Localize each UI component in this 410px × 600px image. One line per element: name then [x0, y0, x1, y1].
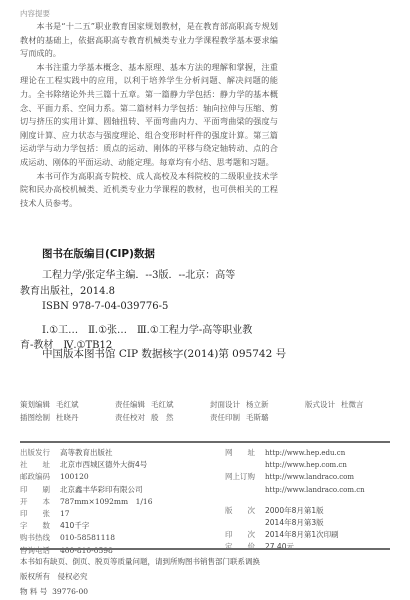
- cip-verification-number: 中国版本图书馆 CIP 数据核字(2014)第 095742 号: [42, 346, 286, 361]
- info-row: 邮政编码100120: [20, 471, 200, 483]
- info-row: 字 数410千字: [20, 520, 200, 532]
- edition: 2000年8月第1版: [265, 505, 324, 517]
- credit-item: 责任印制毛斯璐: [210, 411, 305, 424]
- credit-item: 版式设计杜微言: [305, 398, 400, 411]
- credit-item: 责任校对殷 然: [115, 411, 210, 424]
- order-link: http://www.landraco.com: [265, 471, 354, 483]
- publisher-info: 出版发行高等教育出版社 社 址北京市西城区德外大街4号 邮政编码100120 印…: [20, 447, 200, 557]
- info-row: 开 本787mm×1092mm 1/16: [20, 496, 200, 508]
- website-link: http://www.hep.edu.cn: [265, 447, 345, 459]
- summary-label: 内容提要: [20, 8, 50, 19]
- info-row: 印 张17: [20, 508, 200, 520]
- cip-classification: Ⅰ.①工… Ⅱ.①张… Ⅲ.①工程力学-高等职业教: [20, 323, 282, 339]
- cip-isbn: ISBN 978-7-04-039776-5: [20, 299, 282, 315]
- divider: [20, 441, 390, 443]
- credit-item: 责任编辑毛红斌: [115, 398, 210, 411]
- cip-line-publisher: 教育出版社，2014.8: [20, 284, 282, 300]
- credit-item: 插图绘制杜晓丹: [20, 411, 115, 424]
- cip-title: 图书在版编目(CIP)数据: [42, 246, 155, 261]
- summary-paragraph: 本书可作为高职高专院校、成人高校及本科院校的二级职业技术学院和民办高校机械类、近…: [20, 170, 278, 211]
- item-number: 物 料 号 39776-00: [20, 584, 260, 599]
- info-row: 购书热线010-58581118: [20, 532, 200, 544]
- edition: 2014年8月第3版: [265, 517, 324, 529]
- editorial-credits: 策划编辑毛红斌 责任编辑毛红斌 封面设计杨立新 版式设计杜微言 插图绘制杜晓丹 …: [20, 398, 400, 424]
- cip-line-title: 工程力学/张定华主编．--3版．--北京：高等: [20, 268, 282, 284]
- summary-paragraph: 本书是“十二五”职业教育国家规划教材，是在教育部高职高专规划教材的基础上，依据高…: [20, 20, 278, 61]
- footer-notes: 本书如有缺页、倒页、脱页等质量问题，请到所购图书销售部门联系调换 版权所有 侵权…: [20, 554, 260, 599]
- content-summary: 本书是“十二五”职业教育国家规划教材，是在教育部高职高专规划教材的基础上，依据高…: [20, 20, 278, 210]
- credit-item: 策划编辑毛红斌: [20, 398, 115, 411]
- cip-record: 工程力学/张定华主编．--3版．--北京：高等 教育出版社，2014.8 ISB…: [20, 268, 282, 354]
- printing: 2014年8月第1次印刷: [265, 529, 339, 541]
- info-row: 出版发行高等教育出版社: [20, 447, 200, 459]
- website-link: http://www.hep.com.cn: [265, 459, 347, 471]
- info-row: 印 刷北京鑫丰华彩印有限公司: [20, 484, 200, 496]
- credit-item: 封面设计杨立新: [210, 398, 305, 411]
- copyright-notice: 版权所有 侵权必究: [20, 569, 260, 584]
- order-link: http://www.landraco.com.cn: [265, 484, 365, 496]
- web-edition-info: 网 址http://www.hep.edu.cn http://www.hep.…: [225, 447, 405, 554]
- info-row: 社 址北京市西城区德外大街4号: [20, 459, 200, 471]
- summary-paragraph: 本书注重力学基本概念、基本原理、基本方法的理解和掌握，注重理论在工程实践中的应用…: [20, 61, 278, 170]
- quality-notice: 本书如有缺页、倒页、脱页等质量问题，请到所购图书销售部门联系调换: [20, 554, 260, 569]
- divider: [20, 548, 390, 550]
